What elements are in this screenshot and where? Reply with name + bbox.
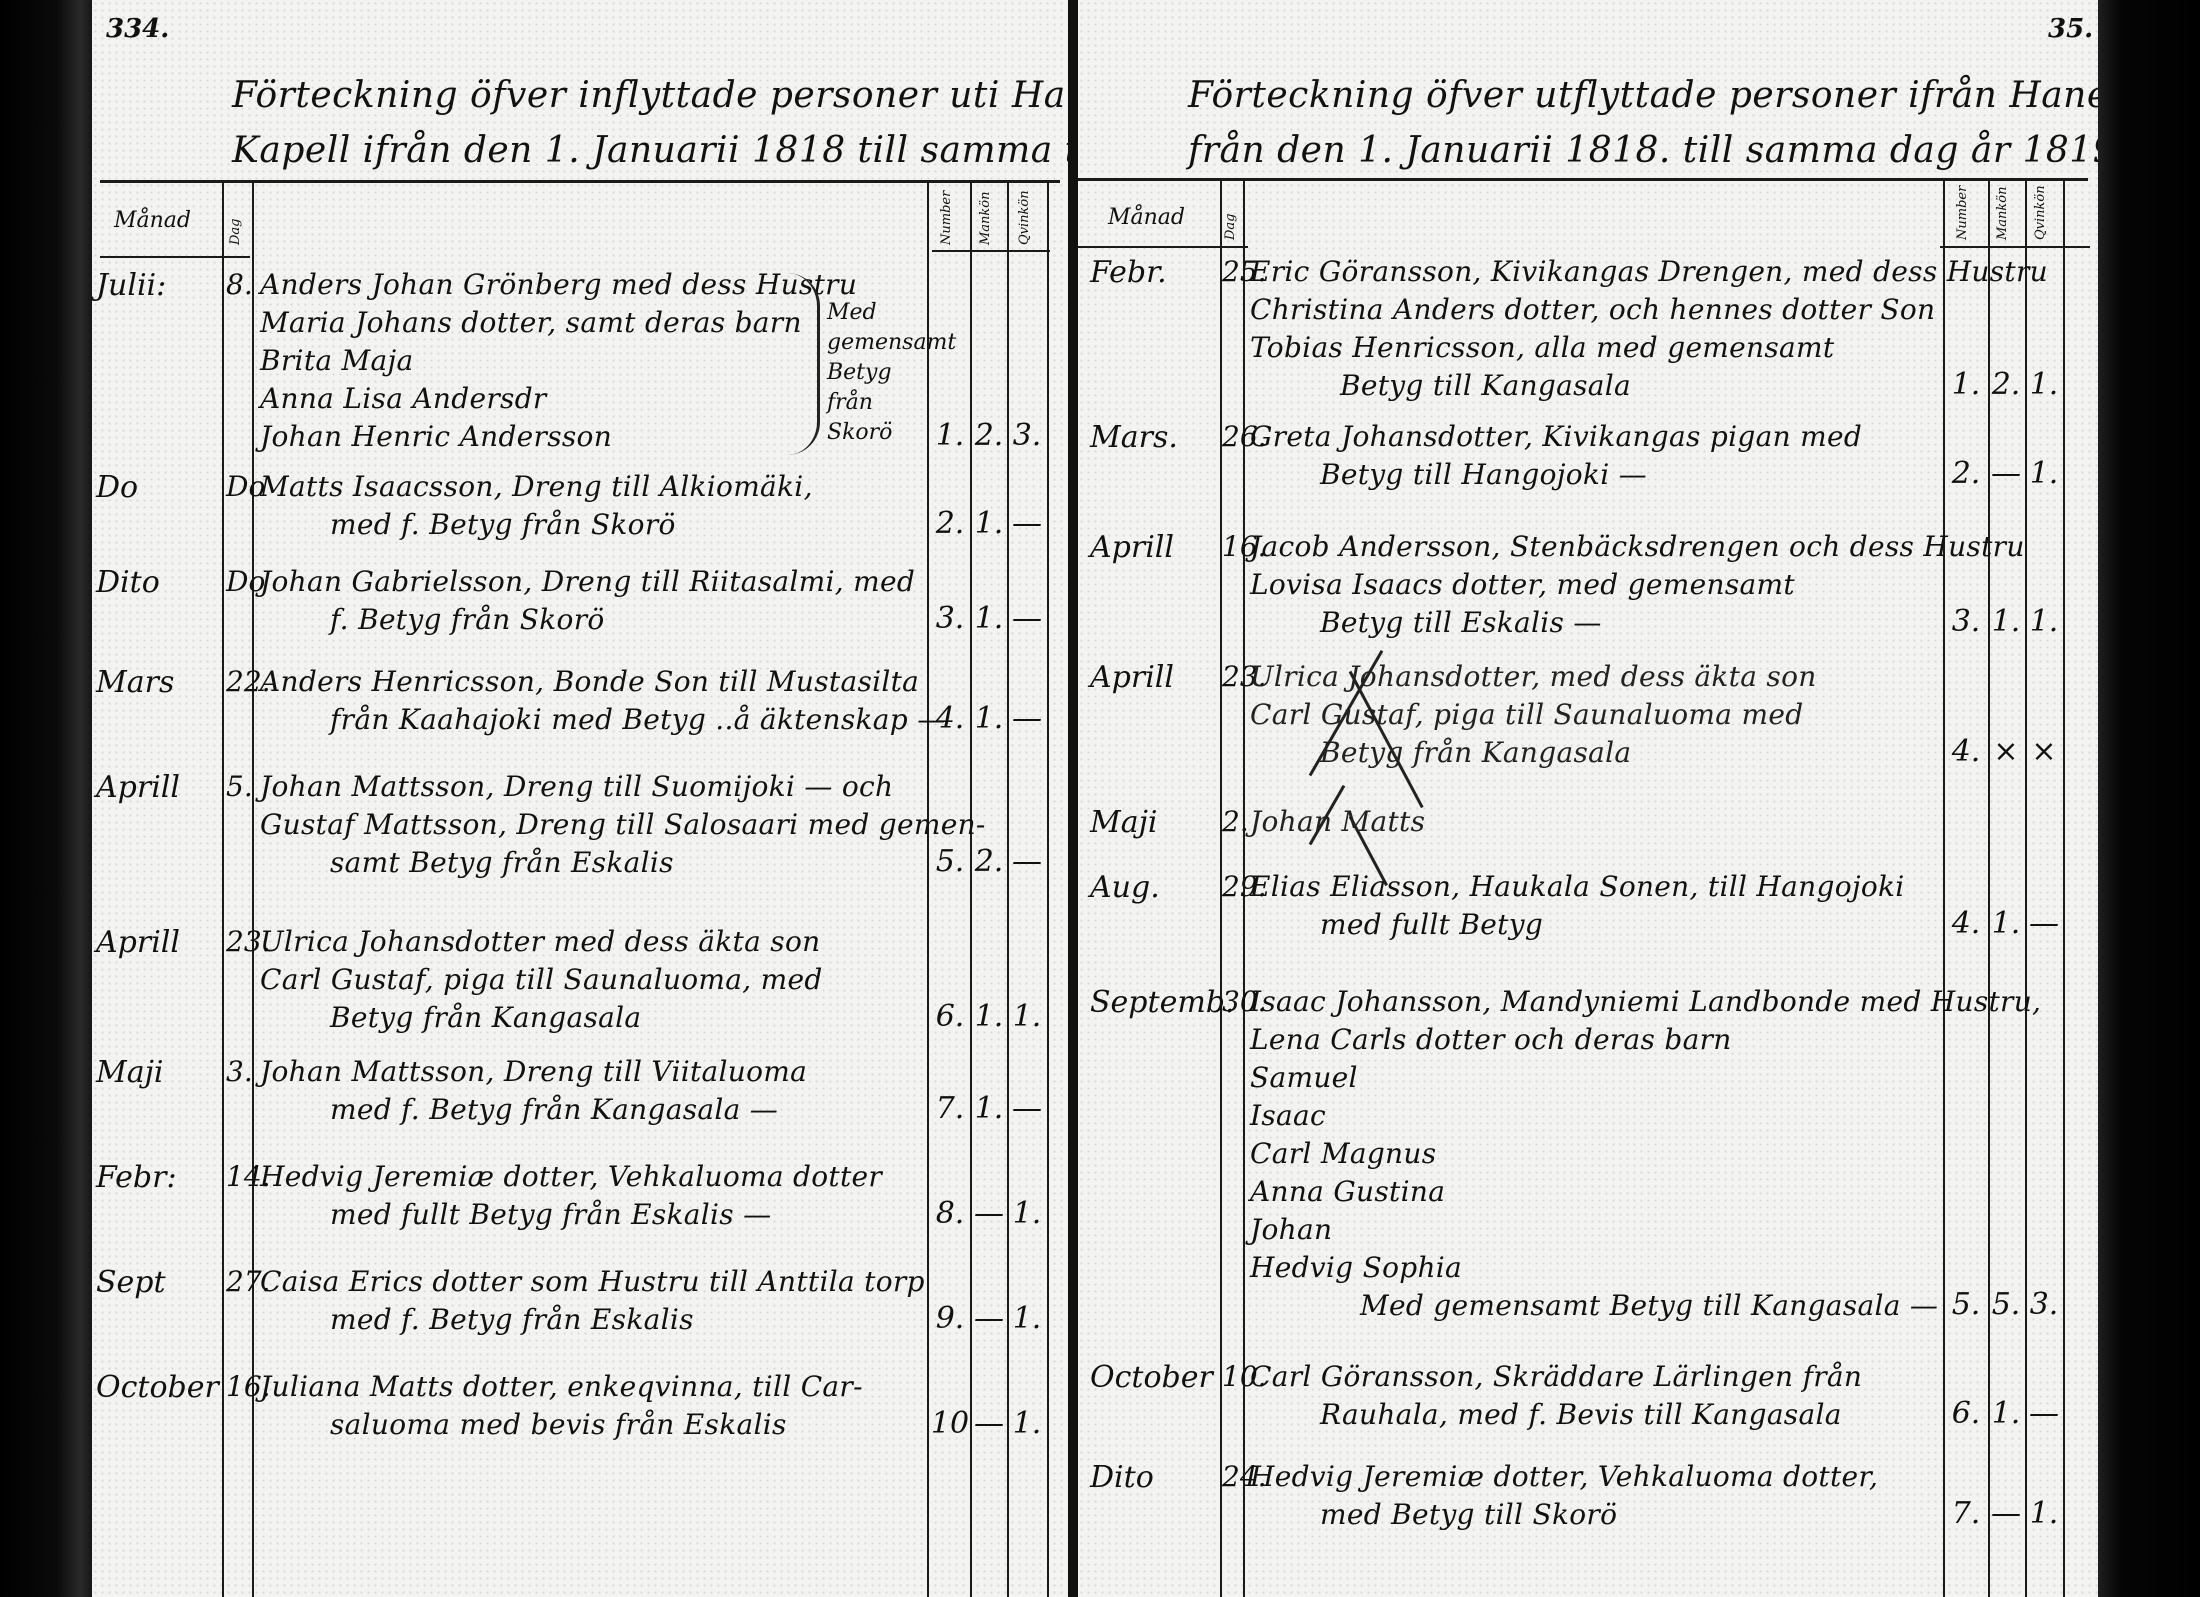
entry-text-line: Johan Henric Andersson <box>260 420 612 453</box>
entry-text-line: Johan Mattsson, Dreng till Suomijoki — o… <box>260 770 893 803</box>
entry-text-line: Jacob Andersson, Stenbäcksdrengen och de… <box>1250 530 2025 563</box>
entry-text-line: med f. Betyg från Eskalis <box>330 1303 694 1336</box>
entry-text-line: Christina Anders dotter, och hennes dott… <box>1250 293 1935 326</box>
entry-month: Dito <box>1090 1460 1154 1495</box>
folio-number: 35. <box>2048 14 2093 44</box>
entry-month: Julii: <box>96 268 166 303</box>
entry-text-line: med Betyg till Skorö <box>1320 1498 1617 1531</box>
count-male: 1. <box>969 601 1009 636</box>
book-binding-right <box>2095 0 2200 1597</box>
entry-text-line: Tobias Henricsson, alla med gemensamt <box>1250 331 1834 364</box>
count-number: 3. <box>930 601 970 636</box>
count-female: × <box>2024 734 2064 769</box>
entry-text-line: Maria Johans dotter, samt deras barn <box>260 306 802 339</box>
folio-number: 334. <box>106 14 169 44</box>
count-number: 7. <box>1946 1496 1986 1531</box>
count-female: 1. <box>2024 456 2064 491</box>
entry-text-line: Med gemensamt Betyg till Kangasala — <box>1360 1289 1938 1322</box>
entry-month: Mars <box>96 665 174 700</box>
count-female: — <box>2024 1396 2064 1431</box>
entry-month: October <box>1090 1360 1213 1395</box>
entry-text-line: saluoma med bevis från Eskalis <box>330 1408 787 1441</box>
count-male: 1. <box>1986 906 2026 941</box>
entry-text-line: Johan Gabrielsson, Dreng till Riitasalmi… <box>260 565 915 598</box>
entry-text-line: Samuel <box>1250 1061 1358 1094</box>
column-header-male: Mankön <box>1996 185 2010 240</box>
count-number: 2. <box>1946 456 1986 491</box>
entry-day: 3. <box>226 1055 253 1088</box>
entry-text-line: Brita Maja <box>260 344 414 377</box>
entry-text-line: Greta Johansdotter, Kivikangas pigan med <box>1250 420 1862 453</box>
entry-month: Septemb. <box>1090 985 1235 1020</box>
entry-text-line: Anna Lisa Andersdr <box>260 382 547 415</box>
count-female: 3. <box>1007 418 1047 453</box>
count-male: 2. <box>969 844 1009 879</box>
entry-text-line: Gustaf Mattsson, Dreng till Salosaari me… <box>260 808 986 841</box>
count-male: 1. <box>1986 604 2026 639</box>
entry-text-line: Betyg från Kangasala <box>330 1001 641 1034</box>
entry-text-line: med f. Betyg från Skorö <box>330 508 676 541</box>
entry-month: Aprill <box>1090 660 1174 695</box>
entry-text-line: f. Betyg från Skorö <box>330 603 605 636</box>
entry-text-line: med fullt Betyg <box>1320 908 1543 941</box>
count-male: — <box>1986 1496 2026 1531</box>
entry-text-line: Betyg till Hangojoki — <box>1320 458 1647 491</box>
entry-text-line: Carl Gustaf, piga till Saunaluoma, med <box>260 963 823 996</box>
count-female: — <box>1007 1091 1047 1126</box>
entry-text-line: Lovisa Isaacs dotter, med gemensamt <box>1250 568 1795 601</box>
column-header-male: Mankön <box>979 190 993 245</box>
entry-text-line: Elias Eliasson, Haukala Sonen, till Hang… <box>1250 870 1905 903</box>
entry-text-line: Caisa Erics dotter som Hustru till Antti… <box>260 1265 925 1298</box>
column-header-number: Number <box>940 190 954 245</box>
entry-text-line: Carl Magnus <box>1250 1137 1436 1170</box>
column-header-female: Qvinkön <box>1018 190 1032 245</box>
entry-month: Aug. <box>1090 870 1160 905</box>
count-number: 3. <box>1946 604 1986 639</box>
column-header-day: Dag <box>1224 185 1238 240</box>
entry-text-line: Betyg till Kangasala <box>1340 369 1631 402</box>
entry-text-line: Lena Carls dotter och deras barn <box>1250 1023 1732 1056</box>
count-male: 1. <box>969 999 1009 1034</box>
entry-text-line: Anders Henricsson, Bonde Son till Mustas… <box>260 665 919 698</box>
count-male: 1. <box>969 506 1009 541</box>
entry-text-line: Hedvig Jeremiæ dotter, Vehkaluoma dotter <box>260 1160 882 1193</box>
count-male: — <box>969 1196 1009 1231</box>
entry-text-line: med f. Betyg från Kangasala — <box>330 1093 778 1126</box>
entry-text-line: Johan Matts <box>1250 805 1425 838</box>
column-divider-female <box>1047 180 1049 1597</box>
page-title-line2: Kapell ifrån den 1. Januarii 1818 till s… <box>232 125 1072 177</box>
entry-text-line: Ulrica Johansdotter, med dess äkta son <box>1250 660 1817 693</box>
count-male: 1. <box>969 701 1009 736</box>
entry-day: 8. <box>226 268 253 301</box>
count-female: 1. <box>1007 999 1047 1034</box>
entry-text-line: Betyg från Kangasala <box>1320 736 1631 769</box>
count-male: 2. <box>1986 367 2026 402</box>
count-female: — <box>1007 601 1047 636</box>
entry-month: Maji <box>96 1055 164 1090</box>
count-number: 4. <box>930 701 970 736</box>
count-male: — <box>1986 456 2026 491</box>
count-number: 1. <box>930 418 970 453</box>
header-rule-counts <box>932 250 1050 252</box>
count-female: 1. <box>1007 1196 1047 1231</box>
column-divider-male <box>1007 180 1009 1597</box>
count-number: 1. <box>1946 367 1986 402</box>
count-number: 5. <box>1946 1287 1986 1322</box>
entry-text-line: Juliana Matts dotter, enkeqvinna, till C… <box>260 1370 863 1403</box>
entry-text-line: Anna Gustina <box>1250 1175 1445 1208</box>
count-number: 8. <box>930 1196 970 1231</box>
count-number: 6. <box>930 999 970 1034</box>
count-female: — <box>1007 844 1047 879</box>
count-male: × <box>1986 734 2026 769</box>
entry-month: Febr. <box>1090 255 1167 290</box>
entry-text-line: samt Betyg från Eskalis <box>330 846 674 879</box>
count-male: 5. <box>1986 1287 2026 1322</box>
entry-text-line: Anders Johan Grönberg med dess Hustru <box>260 268 857 301</box>
count-female: 1. <box>1007 1406 1047 1441</box>
column-header-number: Number <box>1956 185 1970 240</box>
count-number: 4. <box>1946 734 1986 769</box>
column-divider-text <box>1943 178 1945 1597</box>
count-female: — <box>1007 701 1047 736</box>
entry-text-line: med fullt Betyg från Eskalis — <box>330 1198 771 1231</box>
count-female: — <box>1007 506 1047 541</box>
count-male: — <box>969 1406 1009 1441</box>
column-divider-number <box>970 180 972 1597</box>
entry-text-line: Ulrica Johansdotter med dess äkta son <box>260 925 820 958</box>
entry-text-line: Isaac Johansson, Mandyniemi Landbonde me… <box>1250 985 2041 1018</box>
entry-text-line: Eric Göransson, Kivikangas Drengen, med … <box>1250 255 2048 288</box>
count-male: — <box>969 1301 1009 1336</box>
count-female: 1. <box>2024 604 2064 639</box>
entry-text-line: Johan <box>1250 1213 1332 1246</box>
count-number: 10 <box>930 1406 970 1441</box>
header-rule-month <box>100 256 250 258</box>
count-female: 1. <box>2024 367 2064 402</box>
entry-text-line: Hedvig Sophia <box>1250 1251 1462 1284</box>
column-divider-month <box>222 180 224 1597</box>
entry-month: October <box>96 1370 219 1405</box>
count-number: 7. <box>930 1091 970 1126</box>
count-male: 1. <box>1986 1396 2026 1431</box>
left-page-inflyttade: 334. Förteckning öfver inflyttade person… <box>92 0 1072 1597</box>
entry-month: Do <box>96 470 138 505</box>
page-title-line1: Förteckning öfver utflyttade personer if… <box>1188 70 2098 122</box>
count-number: 4. <box>1946 906 1986 941</box>
entry-month: Sept <box>96 1265 166 1300</box>
header-rule-month <box>1078 246 1248 248</box>
entry-month: Febr: <box>96 1160 177 1195</box>
column-header-day: Dag <box>229 190 243 245</box>
entry-month: Aprill <box>1090 530 1174 565</box>
count-male: 1. <box>969 1091 1009 1126</box>
count-number: 6. <box>1946 1396 1986 1431</box>
entry-text-line: Isaac <box>1250 1099 1326 1132</box>
count-male: 2. <box>969 418 1009 453</box>
count-number: 5. <box>930 844 970 879</box>
entry-text-line: Johan Mattsson, Dreng till Viitaluoma <box>260 1055 807 1088</box>
entry-margin-note: Med gemensamt Betyg från Skorö <box>827 298 937 448</box>
count-number: 2. <box>930 506 970 541</box>
entry-month: Maji <box>1090 805 1158 840</box>
grouping-brace <box>787 273 820 455</box>
entry-month: Aprill <box>96 925 180 960</box>
header-rule-counts <box>1940 246 2090 248</box>
entry-text-line: Rauhala, med f. Bevis till Kangasala <box>1320 1398 1842 1431</box>
entry-month: Aprill <box>96 770 180 805</box>
entry-text-line: Betyg till Eskalis — <box>1320 606 1602 639</box>
page-title-line2: från den 1. Januarii 1818. till samma da… <box>1188 125 2098 177</box>
count-female: 1. <box>2024 1496 2064 1531</box>
entry-month: Dito <box>96 565 160 600</box>
entry-text-line: Matts Isaacsson, Dreng till Alkiomäki, <box>260 470 813 503</box>
count-female: — <box>2024 906 2064 941</box>
header-rule-top <box>100 180 1060 183</box>
column-header-month: Månad <box>1108 205 1185 230</box>
count-number: 9. <box>930 1301 970 1336</box>
page-title-line1: Förteckning öfver inflyttade personer ut… <box>232 70 1072 122</box>
entry-text-line: från Kaahajoki med Betyg ..å äktenskap — <box>330 703 946 736</box>
entry-text-line: Hedvig Jeremiæ dotter, Vehkaluoma dotter… <box>1250 1460 1878 1493</box>
count-female: 3. <box>2024 1287 2064 1322</box>
entry-text-line: Carl Göransson, Skräddare Lärlingen från <box>1250 1360 1862 1393</box>
column-header-female: Qvinkön <box>2034 185 2048 240</box>
entry-text-line: Carl Gustaf, piga till Saunaluoma med <box>1250 698 1803 731</box>
book-binding-left <box>0 0 95 1597</box>
entry-day: 5. <box>226 770 253 803</box>
count-female: 1. <box>1007 1301 1047 1336</box>
column-header-month: Månad <box>114 208 191 233</box>
entry-month: Mars. <box>1090 420 1178 455</box>
header-rule-top <box>1078 178 2088 181</box>
right-page-utflyttade: 35. Förteckning öfver utflyttade persone… <box>1078 0 2098 1597</box>
entry-day: 2. <box>1222 805 1249 838</box>
